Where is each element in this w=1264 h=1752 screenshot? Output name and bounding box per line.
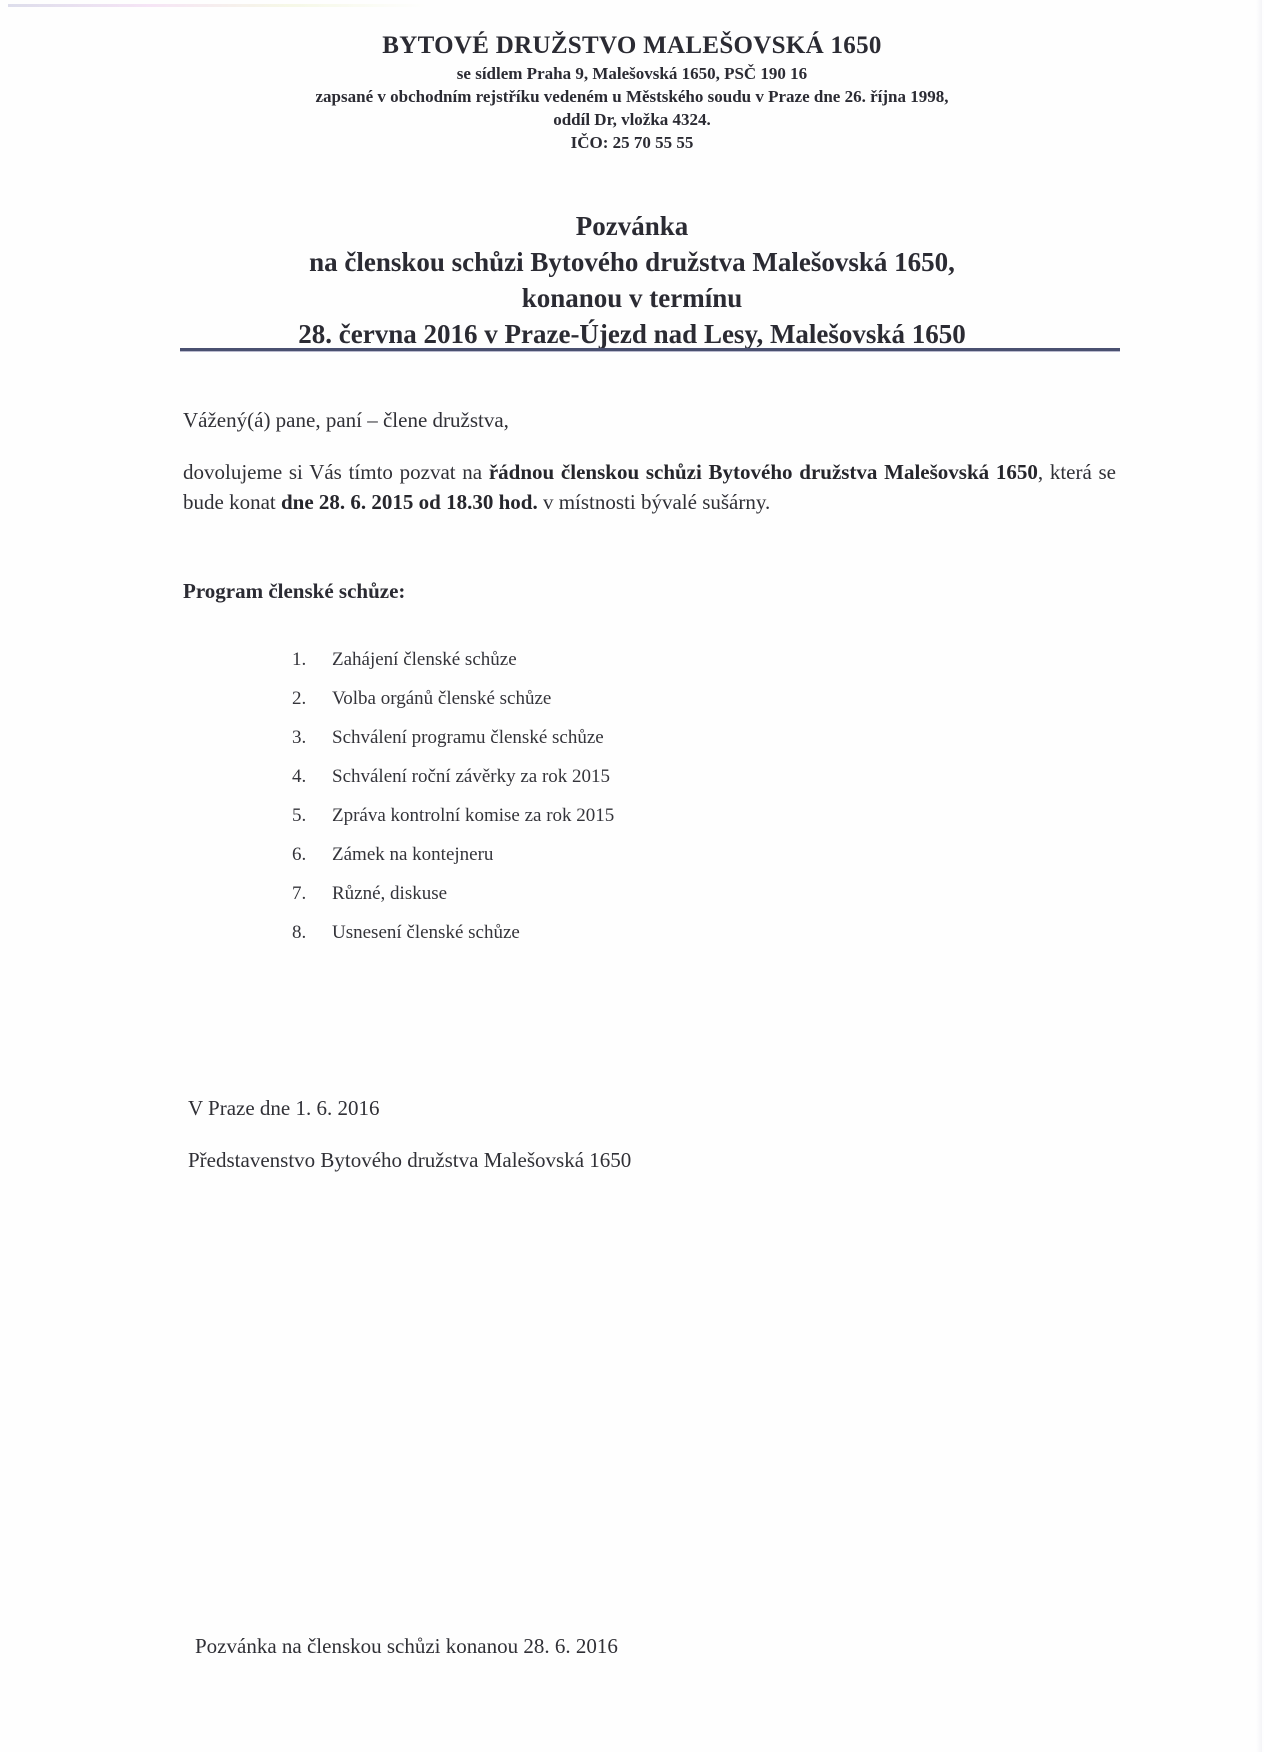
agenda-item-number: 1. bbox=[292, 640, 332, 679]
agenda-item-number: 6. bbox=[292, 835, 332, 874]
agenda-item: 1.Zahájení členské schůze bbox=[292, 640, 614, 679]
scan-artifact bbox=[8, 4, 428, 7]
agenda-item-text: Usnesení členské schůze bbox=[332, 922, 520, 943]
cooperative-name: BYTOVÉ DRUŽSTVO MALEŠOVSKÁ 1650 bbox=[0, 30, 1264, 62]
intro-paragraph: dovolujeme si Vás tímto pozvat na řádnou… bbox=[183, 457, 1116, 517]
agenda-item-text: Zámek na kontejneru bbox=[332, 844, 493, 865]
program-heading: Program členské schůze: bbox=[183, 579, 405, 604]
agenda-item-number: 4. bbox=[292, 757, 332, 796]
agenda-item: 3.Schválení programu členské schůze bbox=[292, 718, 614, 757]
agenda-item: 7.Různé, diskuse bbox=[292, 874, 614, 913]
agenda-item: 4.Schválení roční závěrky za rok 2015 bbox=[292, 757, 614, 796]
intro-text-3: v místnosti bývalé sušárny. bbox=[538, 490, 771, 514]
heading-divider bbox=[180, 348, 1120, 351]
agenda-item-number: 8. bbox=[292, 913, 332, 952]
place-and-date: V Praze dne 1. 6. 2016 bbox=[188, 1096, 380, 1121]
agenda-item: 2.Volba orgánů členské schůze bbox=[292, 679, 614, 718]
company-id: IČO: 25 70 55 55 bbox=[0, 131, 1264, 154]
document-page: BYTOVÉ DRUŽSTVO MALEŠOVSKÁ 1650 se sídle… bbox=[0, 0, 1264, 1752]
invitation-heading: Pozvánka na členskou schůzi Bytového dru… bbox=[0, 208, 1264, 352]
agenda-item-text: Schválení roční závěrky za rok 2015 bbox=[332, 766, 610, 787]
invitation-line-1: na členskou schůzi Bytového družstva Mal… bbox=[0, 244, 1264, 280]
invitation-title: Pozvánka bbox=[0, 208, 1264, 244]
agenda-item-text: Různé, diskuse bbox=[332, 883, 447, 904]
intro-bold-datetime: dne 28. 6. 2015 od 18.30 hod. bbox=[281, 490, 538, 514]
invitation-line-3: 28. června 2016 v Praze-Újezd nad Lesy, … bbox=[0, 316, 1264, 352]
registry-section: oddíl Dr, vložka 4324. bbox=[0, 108, 1264, 131]
agenda-item-text: Volba orgánů členské schůze bbox=[332, 688, 551, 709]
intro-bold-meeting: řádnou členskou schůzi Bytového družstva… bbox=[489, 460, 1038, 484]
agenda-item-text: Zahájení členské schůze bbox=[332, 649, 517, 670]
registered-seat: se sídlem Praha 9, Malešovská 1650, PSČ … bbox=[0, 62, 1264, 85]
registry-info: zapsané v obchodním rejstříku vedeném u … bbox=[0, 85, 1264, 108]
agenda-item: 6.Zámek na kontejneru bbox=[292, 835, 614, 874]
agenda-item: 5.Zpráva kontrolní komise za rok 2015 bbox=[292, 796, 614, 835]
signatory: Představenstvo Bytového družstva Malešov… bbox=[188, 1148, 631, 1173]
agenda-list: 1.Zahájení členské schůze 2.Volba orgánů… bbox=[292, 640, 614, 952]
invitation-line-2: konanou v termínu bbox=[0, 280, 1264, 316]
intro-text-1: dovolujeme si Vás tímto pozvat na bbox=[183, 460, 489, 484]
salutation: Vážený(á) pane, paní – člene družstva, bbox=[183, 405, 1116, 435]
agenda-item-number: 3. bbox=[292, 718, 332, 757]
agenda-item: 8.Usnesení členské schůze bbox=[292, 913, 614, 952]
letterhead: BYTOVÉ DRUŽSTVO MALEŠOVSKÁ 1650 se sídle… bbox=[0, 30, 1264, 154]
agenda-item-number: 2. bbox=[292, 679, 332, 718]
page-footer: Pozvánka na členskou schůzi konanou 28. … bbox=[195, 1634, 618, 1659]
agenda-item-number: 5. bbox=[292, 796, 332, 835]
agenda-item-number: 7. bbox=[292, 874, 332, 913]
agenda-item-text: Schválení programu členské schůze bbox=[332, 727, 604, 748]
agenda-item-text: Zpráva kontrolní komise za rok 2015 bbox=[332, 805, 614, 826]
